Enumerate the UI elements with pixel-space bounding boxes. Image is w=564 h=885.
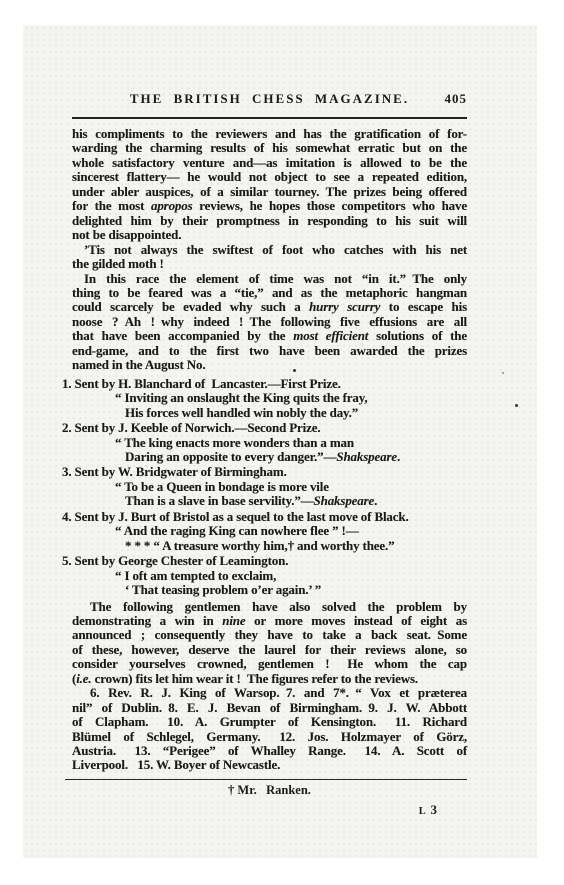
text-line: under abler auspices, of a similar tourn…	[72, 185, 467, 199]
text-line: Austria. 13. “Perigee” of Whalley Range.…	[72, 744, 467, 758]
article-body: his compliments to the reviewers and has…	[72, 127, 467, 773]
prize-entry: 4. Sent by J. Burt of Bristol as a seque…	[62, 510, 467, 553]
text-block: THE BRITISH CHESS MAGAZINE. 405 his comp…	[72, 25, 467, 818]
paragraph: his compliments to the reviewers and has…	[72, 127, 467, 243]
text-line: Daring an opposite to every danger.”—Sha…	[62, 450, 467, 464]
header-rule	[72, 117, 467, 119]
text-line: demonstrating a win in nine or more move…	[72, 614, 467, 628]
text-line: that have been accompanied by the most e…	[72, 329, 467, 343]
text-line: warding the charming results of his some…	[72, 141, 467, 155]
text-line: Than is a slave in base servility.”—Shak…	[62, 494, 467, 508]
printers-signature: L 3	[72, 802, 467, 818]
text-line: 6. Rev. R. J. King of Warsop. 7. and 7*.…	[72, 686, 467, 700]
magazine-page: THE BRITISH CHESS MAGAZINE. 405 his comp…	[0, 0, 564, 885]
text-line: thing to be feared was a “tie,” and as t…	[72, 286, 467, 300]
scan-speck	[515, 404, 518, 407]
entry-quote: “ Inviting an onslaught the King quits t…	[62, 391, 467, 420]
entry-heading: 2. Sent by J. Keeble of Norwich.—Second …	[62, 421, 467, 435]
text-line: Liverpool. 15. W. Boyer of Newcastle.	[72, 758, 467, 772]
text-line: nil” of Dublin. 8. E. J. Bevan of Birmin…	[72, 701, 467, 715]
text-line: his compliments to the reviewers and has…	[72, 127, 467, 141]
entry-quote: “ And the raging King can nowhere flee ”…	[62, 524, 467, 553]
text-line: end-game, and to the first two have been…	[72, 344, 467, 358]
page-number: 405	[445, 91, 468, 107]
text-line: could scarcely be evaded why such a hurr…	[72, 300, 467, 314]
text-line: “ I oft am tempted to exclaim,	[62, 569, 467, 583]
text-line: whole satisfactory venture and—as imitat…	[72, 156, 467, 170]
text-line: not be disappointed.	[72, 228, 467, 242]
text-line: “ And the raging King can nowhere flee ”…	[62, 524, 467, 538]
text-line: “ To be a Queen in bondage is more vile	[62, 480, 467, 494]
text-line: In this race the element of time was not…	[72, 272, 467, 286]
scan-speck	[502, 372, 504, 374]
prize-entries-list: 1. Sent by H. Blanchard of Lancaster.—Fi…	[72, 377, 467, 598]
page-header: THE BRITISH CHESS MAGAZINE. 405	[72, 91, 467, 107]
text-line: noose ? Ah ! why indeed ! The following …	[72, 315, 467, 329]
text-line: “ The king enacts more wonders than a ma…	[62, 436, 467, 450]
text-line: sincerest flattery— he would not object …	[72, 170, 467, 184]
prize-entry: 3. Sent by W. Bridgwater of Birmingham. …	[62, 465, 467, 508]
text-line: for the most apropos reviews, he hopes t…	[72, 199, 467, 213]
entry-quote: “ To be a Queen in bondage is more vileT…	[62, 480, 467, 509]
entry-heading: 1. Sent by H. Blanchard of Lancaster.—Fi…	[62, 377, 467, 391]
text-line: delighted him by their promptness in res…	[72, 214, 467, 228]
paragraph: 6. Rev. R. J. King of Warsop. 7. and 7*.…	[72, 686, 467, 773]
entry-heading: 5. Sent by George Chester of Leamington.	[62, 554, 467, 568]
paragraph: The following gentlemen have also solved…	[72, 600, 467, 687]
entry-heading: 4. Sent by J. Burt of Bristol as a seque…	[62, 510, 467, 524]
running-title: THE BRITISH CHESS MAGAZINE.	[130, 91, 409, 106]
prize-entry: 5. Sent by George Chester of Leamington.…	[62, 554, 467, 597]
entry-quote: “ The king enacts more wonders than a ma…	[62, 436, 467, 465]
text-line: of these, however, deserve the laurel fo…	[72, 643, 467, 657]
footnote: † Mr. Ranken.	[72, 783, 467, 798]
text-line: The following gentlemen have also solved…	[72, 600, 467, 614]
prize-entry: 2. Sent by J. Keeble of Norwich.—Second …	[62, 421, 467, 464]
scanned-paper: THE BRITISH CHESS MAGAZINE. 405 his comp…	[23, 25, 537, 858]
paragraph: ’Tis not always the swiftest of foot who…	[72, 243, 467, 272]
text-line: announced ; consequently they have to ta…	[72, 628, 467, 642]
prize-entry: 1. Sent by H. Blanchard of Lancaster.—Fi…	[62, 377, 467, 420]
text-line: His forces well handled win nobly the da…	[62, 406, 467, 420]
text-line: (i.e. crown) fits let him wear it ! The …	[72, 672, 467, 686]
text-line: of Clapham. 10. A. Grumpter of Kensingto…	[72, 715, 467, 729]
text-line: the gilded moth !	[72, 257, 467, 271]
text-line: “ Inviting an onslaught the King quits t…	[62, 391, 467, 405]
text-line: named in the August No.	[72, 358, 467, 372]
text-line: ’Tis not always the swiftest of foot who…	[72, 243, 467, 257]
text-line: * * * “ A treasure worthy him,† and wort…	[62, 539, 467, 553]
text-line: ‘ That teasing problem o’er again.’ ”	[62, 583, 467, 597]
text-line: consider yourselves crowned, gentlemen !…	[72, 657, 467, 671]
entry-heading: 3. Sent by W. Bridgwater of Birmingham.	[62, 465, 467, 479]
entry-quote: “ I oft am tempted to exclaim,‘ That tea…	[62, 569, 467, 598]
text-line: Blümel of Schlegel, Germany. 12. Jos. Ho…	[72, 730, 467, 744]
footnote-rule	[65, 779, 467, 780]
scan-speck	[293, 369, 296, 372]
paragraph: In this race the element of time was not…	[72, 272, 467, 373]
